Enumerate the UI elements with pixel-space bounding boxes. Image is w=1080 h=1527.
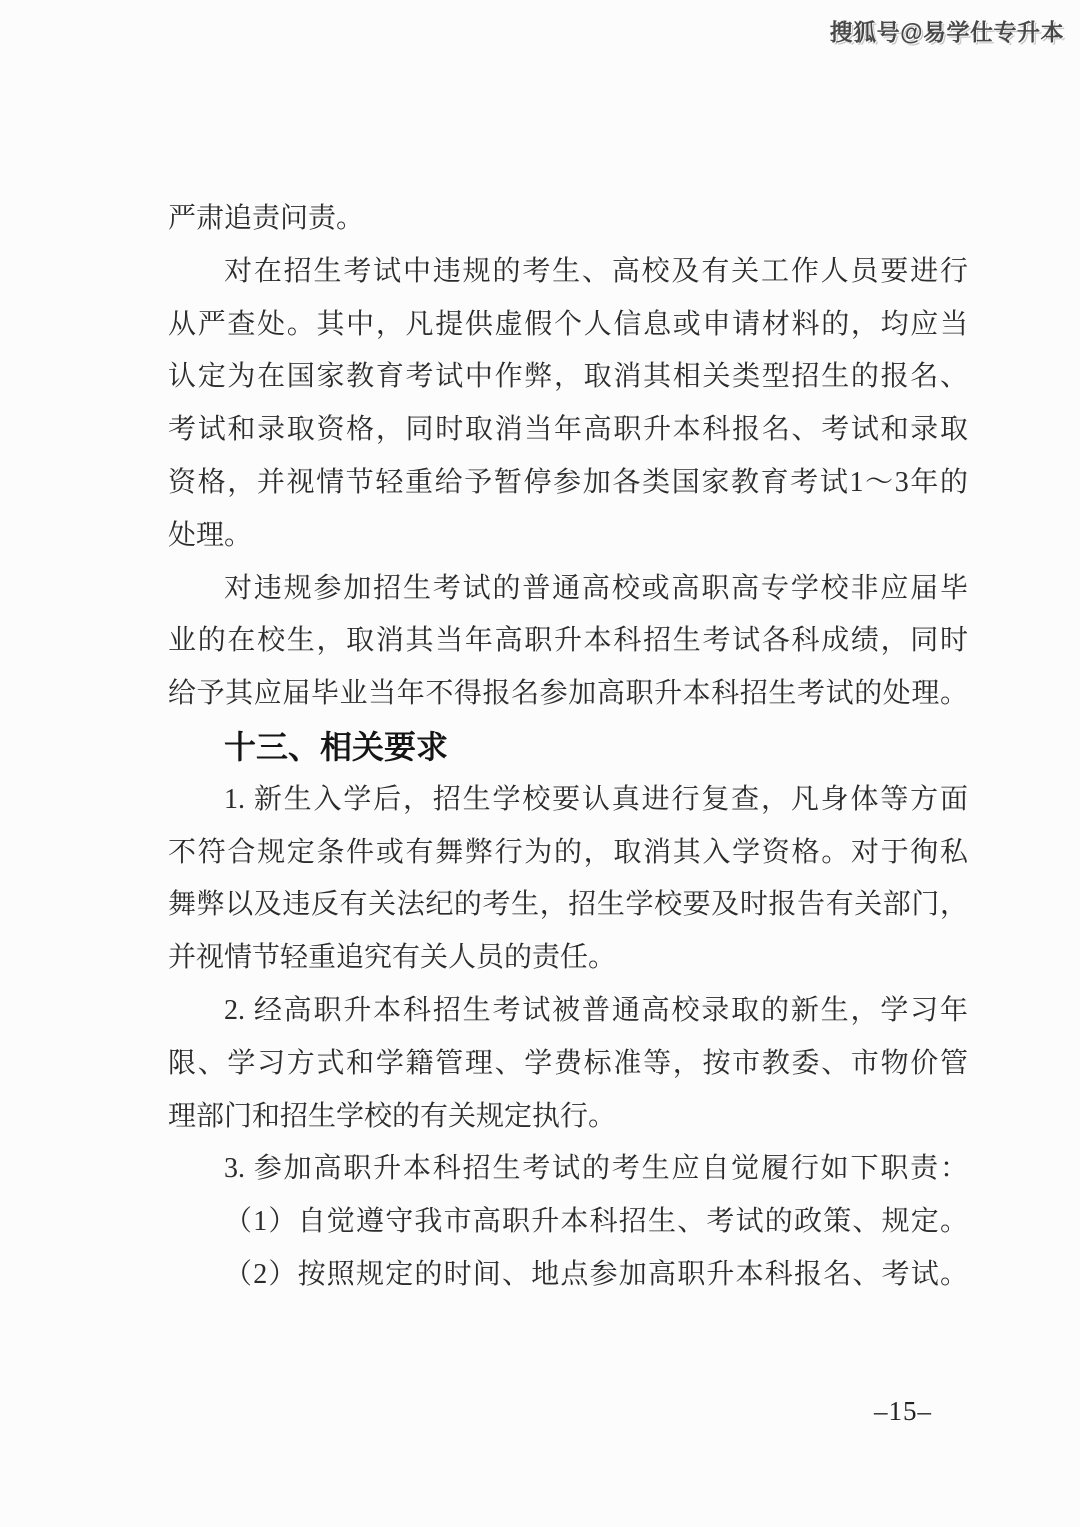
- text-line: 从严查处。其中，凡提供虚假个人信息或申请材料的，均应当: [168, 299, 968, 352]
- watermark-text: 搜狐号@易学仕专升本: [830, 14, 1064, 47]
- text-line: 处理。: [168, 510, 968, 563]
- text-line: 限、学习方式和学籍管理、学费标准等，按市教委、市物价管: [168, 1038, 968, 1091]
- text-line: 3. 参加高职升本科招生考试的考生应自觉履行如下职责：: [168, 1143, 968, 1196]
- text-line: 认定为在国家教育考试中作弊，取消其相关类型招生的报名、: [168, 351, 968, 404]
- section-heading: 十三、相关要求: [168, 721, 968, 774]
- text-line: 严肃追责问责。: [168, 193, 968, 246]
- text-line: 对违规参加招生考试的普通高校或高职高专学校非应届毕: [168, 563, 968, 616]
- text-line: 对在招生考试中违规的考生、高校及有关工作人员要进行: [168, 246, 968, 299]
- text-line: 考试和录取资格，同时取消当年高职升本科报名、考试和录取: [168, 404, 968, 457]
- text-line: 不符合规定条件或有舞弊行为的，取消其入学资格。对于徇私: [168, 827, 968, 880]
- text-line: 理部门和招生学校的有关规定执行。: [168, 1091, 968, 1144]
- text-line: 舞弊以及违反有关法纪的考生，招生学校要及时报告有关部门，: [168, 879, 968, 932]
- text-line: 给予其应届毕业当年不得报名参加高职升本科招生考试的处理。: [168, 668, 968, 721]
- text-line: 并视情节轻重追究有关人员的责任。: [168, 932, 968, 985]
- page-number: –15–: [874, 1396, 932, 1427]
- text-line: （1）自觉遵守我市高职升本科招生、考试的政策、规定。: [168, 1196, 968, 1249]
- text-line: 资格，并视情节轻重给予暂停参加各类国家教育考试1～3年的: [168, 457, 968, 510]
- document-content: 严肃追责问责。对在招生考试中违规的考生、高校及有关工作人员要进行从严查处。其中，…: [168, 193, 968, 1302]
- text-line: 1. 新生入学后，招生学校要认真进行复查，凡身体等方面: [168, 774, 968, 827]
- text-line: 业的在校生，取消其当年高职升本科招生考试各科成绩，同时: [168, 615, 968, 668]
- text-line: 2. 经高职升本科招生考试被普通高校录取的新生，学习年: [168, 985, 968, 1038]
- document-page: 搜狐号@易学仕专升本 严肃追责问责。对在招生考试中违规的考生、高校及有关工作人员…: [0, 0, 1080, 1527]
- text-line: （2）按照规定的时间、地点参加高职升本科报名、考试。: [168, 1249, 968, 1302]
